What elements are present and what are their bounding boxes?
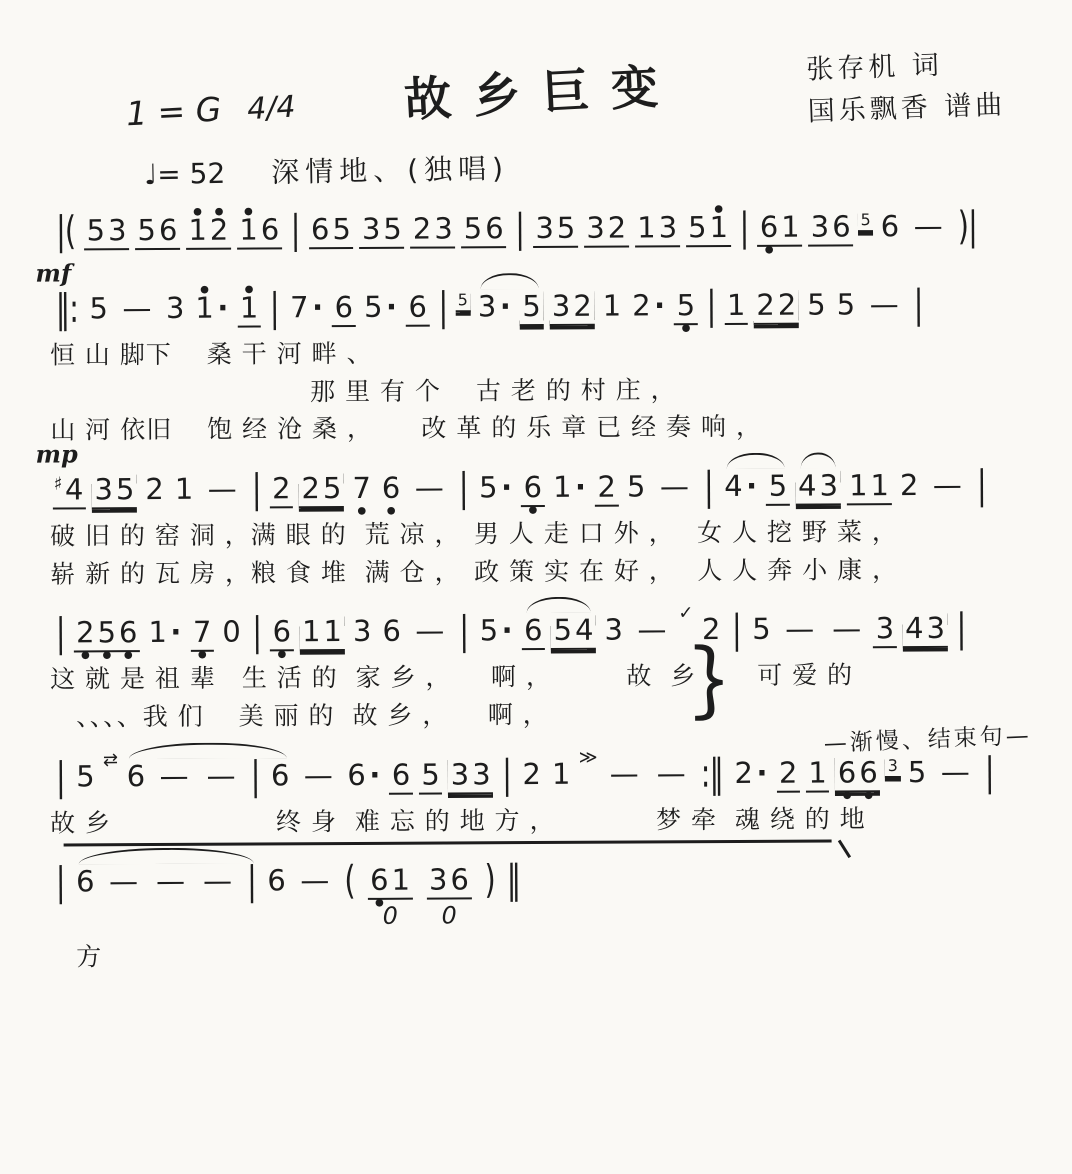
note-digit: 5: [382, 211, 404, 247]
cue-note-stack: 360: [423, 862, 474, 929]
note: 6: [268, 757, 292, 793]
tied-group: 43: [793, 467, 844, 506]
note: 1·: [146, 614, 185, 650]
augmentation-dot: ·: [217, 290, 228, 326]
note-digit: 1: [173, 471, 195, 507]
barline: ): [484, 855, 495, 904]
note-digit: 4: [797, 468, 819, 504]
note-digit: 5: [331, 211, 353, 247]
note-digit: 3: [585, 210, 607, 246]
note-digit: 5: [906, 753, 928, 789]
note-digit: 6: [125, 758, 147, 794]
dynamic-marking: mp: [36, 439, 78, 468]
note-digit: 3: [925, 610, 947, 646]
system-coda: |6———|6—(6•10360)‖ 方: [34, 859, 1047, 977]
note-digit: 2: [300, 470, 322, 506]
barline: |: [247, 856, 256, 905]
augmentation-dot: ·: [746, 468, 757, 504]
note: 5: [624, 468, 648, 504]
barline: |: [291, 205, 300, 254]
note-digit: 3: [433, 210, 455, 246]
note: 5: [520, 288, 544, 326]
credits: 张存机 词 国乐飘香 谱曲: [806, 43, 1007, 134]
note: 2: [520, 755, 544, 791]
note: 5·: [361, 289, 400, 325]
augmentation-dot: ·: [369, 756, 380, 792]
note-digit: 1•: [187, 212, 209, 248]
augmentation-dot: ·: [500, 288, 511, 324]
duration-dash: —: [160, 757, 189, 793]
barline: |: [956, 604, 965, 653]
octave-dot-above: •: [241, 202, 255, 224]
note: 3: [602, 612, 626, 648]
note: 2•5•6•: [73, 614, 140, 653]
note-digit: 6•: [522, 469, 544, 505]
duration-dash: —: [832, 611, 861, 647]
note: 6: [406, 289, 430, 327]
lyric-row: 山 河 依旧 饱 经 沧 桑 ， 改 革 的 乐 章 已 经 奏 响 ，: [50, 407, 1046, 450]
note-digit: 4: [63, 471, 85, 507]
barline: |: [251, 751, 260, 800]
barline: |: [502, 749, 511, 798]
note-digit: 6: [484, 210, 506, 246]
octave-dot-above: •: [191, 203, 205, 225]
note: 1: [724, 287, 748, 325]
note: 2: [897, 467, 921, 503]
barline: |: [252, 464, 261, 513]
barline: ‖:: [56, 284, 79, 333]
note-digit: 1: [322, 613, 344, 649]
note-digit: 6: [309, 211, 331, 247]
note-digit: 3: [427, 862, 449, 898]
note: 36: [426, 862, 471, 900]
octave-dot-above: •: [212, 203, 226, 225]
barline: |: [739, 203, 748, 252]
note: 3: [873, 610, 897, 648]
tempo-marking: ♩= 52: [144, 157, 226, 191]
duration-dash: —: [914, 208, 943, 244]
note: 51•: [686, 209, 731, 247]
barline: :‖: [701, 748, 724, 797]
note-digit: 1•: [708, 209, 730, 245]
grace-note: 5: [455, 290, 470, 312]
note: 5: [834, 287, 858, 323]
duration-dash: —: [109, 863, 138, 899]
note: 6•: [379, 470, 403, 506]
duration-dash: —: [660, 468, 689, 504]
note-digit: 2: [270, 470, 292, 506]
note-digit: 5: [521, 288, 543, 324]
note: 43: [903, 610, 948, 648]
barline: |: [515, 204, 524, 253]
note: 33: [448, 756, 493, 794]
note: 6: [878, 208, 902, 244]
duration-dash: —: [637, 612, 666, 648]
note-digit: 3: [809, 208, 831, 244]
note-digit: 5: [456, 290, 469, 310]
notation-row: ‖:5—31•·1•|7·65·6|53·53212·5•|12255—|: [50, 286, 1046, 329]
note-digit: 6: [74, 864, 96, 900]
tied-group: 3·5: [472, 288, 546, 327]
annotation-mark: ✓: [678, 603, 693, 626]
note-digit: 6: [269, 757, 291, 793]
augmentation-dot: ·: [312, 289, 323, 325]
note-digit: 5: [136, 212, 158, 248]
note-digit: 2: [733, 754, 755, 790]
note: 6: [73, 864, 97, 900]
note: 32: [584, 210, 629, 248]
barline: )|: [958, 201, 977, 250]
note-digit: 2: [606, 210, 628, 246]
octave-dot-above: •: [712, 200, 726, 222]
note: 11: [299, 613, 344, 651]
note-digit: 5: [462, 210, 484, 246]
note-digit: 3: [818, 467, 840, 503]
note-digit: 6: [346, 756, 368, 792]
tempo-line: ♩= 52深情地、(独唱): [144, 147, 510, 193]
note-digit: 6: [879, 208, 901, 244]
note-digit: 3: [93, 471, 115, 507]
duration-dash: —: [657, 755, 686, 791]
note-digit: 2: [777, 754, 799, 790]
duration-dash: —: [933, 467, 962, 503]
note: 56: [135, 212, 180, 250]
annotation-mark: ≫: [579, 747, 598, 770]
score: |(53561•2•1•6|65352356|35321351•|6•13656…: [34, 210, 1046, 974]
note: 0: [220, 614, 244, 650]
note-digit: 1: [390, 862, 412, 898]
note-digit: 3: [449, 756, 471, 792]
notation-row: ♯43521—|2257•6•—|5·6•1·25—|4·543112—|: [50, 466, 1046, 509]
barline: |: [56, 608, 65, 657]
header: 1 = G4/4 故乡巨变 张存机 词 国乐飘香 谱曲 ♩= 52深情地、(独唱…: [34, 28, 1046, 210]
note-digit: 5: [114, 471, 136, 507]
note: 5•: [674, 287, 698, 325]
composer-credit: 国乐飘香 谱曲: [807, 84, 1007, 133]
note-digit: 6•: [758, 209, 780, 245]
note-digit: 5: [625, 468, 647, 504]
note-digit: 5: [420, 756, 442, 792]
duration-dash: —: [300, 862, 329, 898]
note-digit: 5: [555, 210, 577, 246]
note-digit: 1•: [194, 290, 216, 326]
tied-group: 6——|6: [121, 757, 295, 794]
note-digit: 5•: [96, 614, 118, 650]
note: 35: [92, 471, 137, 509]
tie-arc: [78, 848, 253, 865]
octave-dot-below: •: [372, 894, 386, 916]
note: 2·: [630, 288, 669, 324]
note-digit: 6•: [369, 862, 391, 898]
barline: |: [459, 463, 468, 512]
note-digit: 5: [477, 469, 499, 505]
note: 2: [776, 754, 800, 792]
tie-arc: [129, 742, 287, 759]
note: 5: [74, 758, 98, 794]
barline: |: [985, 747, 994, 796]
system-verse-line-4: —渐慢、结束句—|5⇄6——|6—6·6533|21≫——:‖2·216•6•3…: [34, 753, 1046, 842]
barline: ‖: [507, 855, 521, 904]
note: 4·: [722, 468, 761, 504]
note: 6: [380, 613, 404, 649]
note: 5: [805, 287, 829, 323]
note: 36: [808, 208, 853, 246]
note-digit: 5: [88, 291, 110, 327]
note: 32: [549, 288, 594, 326]
note: 1•: [237, 290, 261, 328]
note: 6•1: [368, 862, 413, 900]
note: 2: [595, 469, 619, 507]
note: 3·: [475, 288, 514, 324]
note: 6: [265, 863, 289, 899]
note: 3: [163, 290, 187, 326]
note-digit: 6: [266, 863, 288, 899]
lyric-row: 崭 新 的 瓦 房 ，粮 食 堆 满 仓 ， 政 策 实 在 好 ， 人 人 奔…: [50, 550, 1046, 593]
barline: |: [56, 857, 65, 906]
lyric-row: 故 乡 终 身 难 忘 的 地 方 ， 梦 牵 魂 绕 的 地: [50, 799, 1046, 842]
note: 5: [905, 753, 929, 789]
sheet-music-page: 1 = G4/4 故乡巨变 张存机 词 国乐飘香 谱曲 ♩= 52深情地、(独唱…: [0, 0, 1072, 1174]
note-digit: 6: [523, 612, 545, 648]
augmentation-dot: ·: [501, 469, 512, 505]
barline: |: [270, 283, 279, 332]
note: 11: [846, 467, 891, 505]
note-digit: 1: [636, 209, 658, 245]
note: 6: [522, 612, 546, 650]
note-digit: 6: [831, 208, 853, 244]
note-digit: 5: [478, 612, 500, 648]
note: 2·: [732, 754, 771, 790]
note: 1•·: [193, 290, 232, 326]
note-digit: 7•: [351, 470, 373, 506]
note-digit: 1: [869, 467, 891, 503]
system-verse-line-1: mf‖:5—31•·1•|7·65·6|53·53212·5•|12255—|恒…: [34, 286, 1047, 450]
augmentation-dot: ·: [756, 754, 767, 790]
note: 35: [533, 210, 578, 248]
note-digit: 6•: [858, 754, 880, 790]
note: 54: [551, 612, 596, 650]
note-digit: 6: [333, 289, 355, 325]
note-digit: 3: [874, 610, 896, 646]
note: 2: [269, 470, 293, 508]
note-digit: 2: [898, 467, 920, 503]
note: 1•2•: [186, 212, 231, 250]
note-digit: 7: [288, 289, 310, 325]
note-digit: 3: [886, 755, 899, 775]
note-digit: 5: [552, 612, 574, 648]
note-digit: 1•: [238, 211, 260, 247]
note: 3: [350, 613, 374, 649]
note-digit: 2: [572, 288, 594, 324]
note: 7•: [190, 614, 214, 652]
system-verse-line-3: |2•5•6•1·7•0|6•1136—|5·6543—✓2|5——343|这 …: [34, 610, 1047, 737]
duration-dash: —: [203, 863, 232, 899]
note: 6•: [270, 614, 294, 652]
note-digit: 3: [471, 756, 493, 792]
note-digit: 1: [550, 755, 572, 791]
lyricist-credit: 张存机 词: [806, 43, 1006, 92]
notation-row: |5⇄6——|6—6·6533|21≫——:‖2·216•6•35—|: [50, 753, 1046, 796]
note: 1: [600, 288, 624, 324]
note-digit: 5: [321, 470, 343, 506]
note-digit: 6•: [271, 614, 293, 650]
barline: |: [56, 752, 65, 801]
cue-note-stack: 6•10: [365, 862, 416, 929]
duration-dash: —: [415, 613, 444, 649]
barline: |: [977, 460, 986, 509]
note: 5: [419, 756, 443, 794]
lyrics-block: 破 旧 的 窑 洞 ，满 眼 的 荒 凉 ， 男 人 走 口 外 ， 女 人 挖…: [50, 513, 1046, 593]
note-digit: 2: [411, 211, 433, 247]
note-digit: 6: [449, 862, 471, 898]
barline: (: [344, 856, 355, 905]
note-digit: 3: [550, 288, 572, 324]
duration-dash: —: [870, 286, 899, 322]
note-digit: 6: [157, 212, 179, 248]
barline: |: [459, 606, 468, 655]
note-digit: 1: [780, 209, 802, 245]
note-digit: 2•: [74, 615, 96, 651]
augmentation-dot: ·: [501, 612, 512, 648]
grace-note: 3: [885, 755, 900, 777]
key-signature-text: 1 = G: [125, 89, 222, 133]
note: 35: [359, 211, 404, 249]
note-digit: 5: [835, 287, 857, 323]
note-digit: 1•: [238, 290, 260, 326]
lyric-row: 恒 山 脚下 桑 干 河 畔 、: [50, 332, 1046, 375]
note-digit: 3: [657, 209, 679, 245]
note-digit: 1: [847, 467, 869, 503]
note: 6: [389, 756, 413, 794]
note: 1•6: [237, 211, 282, 249]
note-digit: 4: [573, 612, 595, 648]
note-digit: 0: [221, 614, 243, 650]
tied-group: 6———|: [70, 863, 261, 900]
note-digit: 1: [807, 754, 829, 790]
lyrics-block: 方: [50, 934, 1046, 977]
expression-marking: 深情地、(独唱): [271, 152, 509, 189]
note-digit: 6•: [117, 614, 139, 650]
octave-dot-above: •: [242, 281, 256, 303]
duration-dash: —: [208, 471, 237, 507]
note-digit: 6•: [380, 470, 402, 506]
note-digit: 5: [806, 287, 828, 323]
note: 23: [410, 210, 455, 248]
duration-dash: —: [122, 290, 151, 326]
rest-zero: 0: [442, 905, 457, 929]
note: 2: [143, 471, 167, 507]
barline: |: [252, 607, 261, 656]
duration-dash: —: [785, 611, 814, 647]
tied-group: 654: [519, 612, 600, 651]
note: 6: [124, 758, 148, 794]
notation-row: |(53561•2•1•6|65352356|35321351•|6•13656…: [50, 207, 1046, 250]
note: 6•1: [757, 209, 802, 247]
duration-dash: —: [207, 757, 236, 793]
note-digit: 3: [534, 210, 556, 246]
note-digit: 7•: [191, 614, 213, 650]
note: 7·: [287, 289, 326, 325]
duration-dash: —: [304, 757, 333, 793]
note-digit: 3: [106, 212, 128, 248]
lyric-row: 破 旧 的 窑 洞 ，满 眼 的 荒 凉 ， 男 人 走 口 外 ， 女 人 挖…: [50, 513, 1046, 556]
duration-dash: —: [156, 863, 185, 899]
note-digit: 5: [75, 758, 97, 794]
note-digit: 2: [776, 287, 798, 323]
note-digit: 2: [596, 469, 618, 505]
note: 5: [87, 290, 111, 326]
augmentation-dot: ·: [386, 289, 397, 325]
note: 6·: [345, 756, 384, 792]
lyric-brace: ｝: [694, 648, 760, 724]
note-digit: 5: [767, 468, 789, 504]
note-digit: 1: [601, 288, 623, 324]
barline: |: [704, 462, 713, 511]
tied-group: 4·5: [719, 468, 793, 507]
duration-dash: —: [415, 470, 444, 506]
notation-row: |6———|6—(6•10360)‖: [50, 859, 1046, 931]
lyric-row: 这 就 是 祖 辈 生 活 的 家 乡 ， 啊 ， 故 乡 可 爱 的: [50, 656, 1046, 699]
note-digit: 6: [381, 613, 403, 649]
note-digit: 6•: [836, 754, 858, 790]
note: 1: [172, 471, 196, 507]
note-digit: 3: [603, 612, 625, 648]
song-title: 故乡巨变: [402, 49, 681, 130]
note-digit: 5•: [675, 287, 697, 323]
note: 43: [796, 467, 841, 505]
system-intro: |(53561•2•1•6|65352356|35321351•|6•13656…: [34, 207, 1046, 251]
note: 1: [549, 755, 573, 791]
note-digit: 3: [360, 211, 382, 247]
note-digit: 1: [147, 614, 169, 650]
grace-note: 5: [858, 210, 873, 232]
lyrics-block: 恒 山 脚下 桑 干 河 畔 、 那 里 有 个 古 老 的 村 庄 ，山 河 …: [50, 332, 1047, 450]
note: 22: [754, 287, 799, 325]
note-digit: 6: [390, 756, 412, 792]
note-digit: 4: [904, 610, 926, 646]
key-signature: 1 = G4/4: [125, 86, 296, 134]
annotation-mark: ⇄: [103, 749, 118, 772]
barline: |(: [56, 206, 75, 255]
notation-row: |2•5•6•1·7•0|6•1136—|5·6543—✓2|5——343|: [50, 610, 1046, 653]
note-digit: 6: [407, 289, 429, 325]
note-digit: 3: [164, 290, 186, 326]
note: 56: [461, 210, 506, 248]
note: 13: [635, 209, 680, 247]
hold-line-hook: [838, 840, 851, 859]
note-digit: 4: [723, 468, 745, 504]
note: 25: [299, 470, 344, 508]
time-signature: 4/4: [246, 90, 296, 127]
barline: |: [438, 282, 447, 331]
duration-dash: —: [610, 755, 639, 791]
note-digit: 6: [259, 211, 281, 247]
note-digit: 2: [144, 471, 166, 507]
note: 5·: [476, 469, 515, 505]
note: 6•6•: [835, 754, 880, 792]
note: 5·: [477, 612, 516, 648]
note: 6: [332, 289, 356, 327]
note-digit: 1: [551, 469, 573, 505]
note-digit: 5: [687, 209, 709, 245]
note: 1·: [550, 469, 589, 505]
barline: |: [706, 281, 715, 330]
note-digit: 2: [755, 287, 777, 323]
lyric-row: 方: [50, 934, 1046, 977]
note-digit: 5: [85, 212, 107, 248]
note-digit: 1: [725, 287, 747, 323]
note: ♯4: [53, 471, 86, 509]
